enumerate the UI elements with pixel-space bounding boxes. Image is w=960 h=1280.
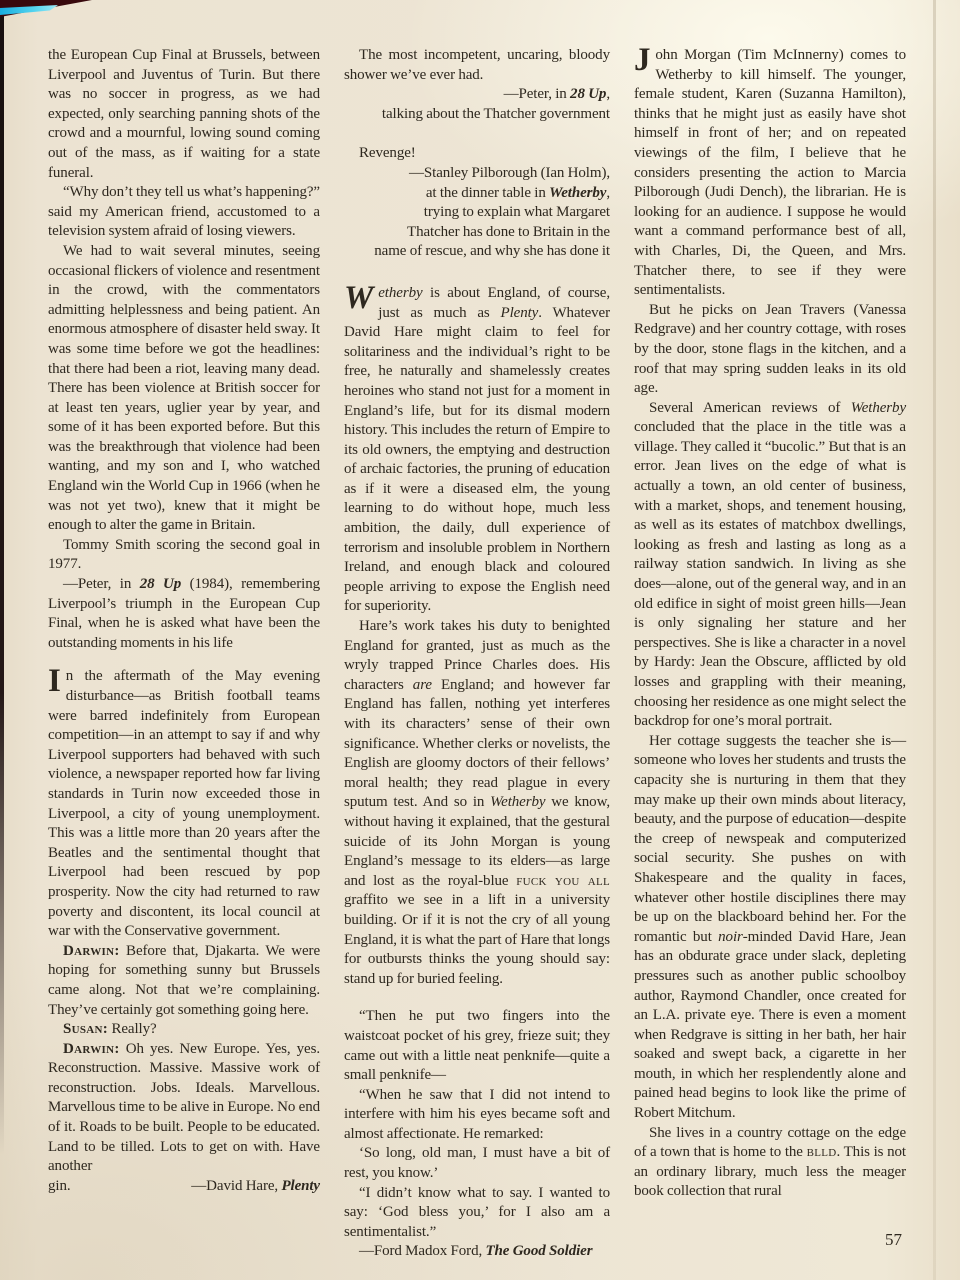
text-run: etherby (378, 285, 422, 301)
paragraph: Several American reviews of Wetherby con… (634, 399, 906, 732)
drop-cap: J (634, 46, 655, 73)
paragraph: Her cottage suggests the teacher she is—… (634, 732, 906, 1124)
text-run: -minded David Hare, Jean has an obdurate… (634, 929, 906, 1121)
paragraph: the European Cup Final at Brussels, betw… (48, 46, 320, 183)
text-run: n the aftermath of the May evening distu… (48, 668, 320, 939)
paragraph: “Then he put two fingers into the waistc… (344, 1007, 610, 1085)
magazine-page: the European Cup Final at Brussels, betw… (0, 0, 960, 1280)
text-run: Oh yes. New Europe. Yes, yes. Reconstruc… (48, 1041, 320, 1175)
text-run: talking about the Thatcher government (382, 106, 610, 122)
attribution-block: —Peter, in 28 Up,talking about the Thatc… (344, 85, 610, 124)
paragraph: “Why don’t they tell us what’s happening… (48, 183, 320, 242)
drop-cap: I (48, 667, 66, 694)
text-run: name of rescue, and why she has done it (374, 243, 610, 259)
text-run: The Good Soldier (485, 1243, 592, 1259)
text-run: We had to wait several minutes, seeing o… (48, 243, 320, 533)
text-run: fuck you all (516, 873, 610, 889)
attribution-right: —David Hare, Plenty (191, 1177, 320, 1197)
attribution-line: —Stanley Pilborough (Ian Holm), (344, 164, 610, 184)
text-run: Susan: (63, 1021, 108, 1037)
column-gap (344, 989, 610, 1007)
attribution-line: at the dinner table in Wetherby, (344, 184, 610, 204)
text-run: blld (807, 1144, 837, 1160)
text-run: Darwin: (63, 1041, 120, 1057)
page-crease (933, 0, 936, 1280)
column-2: The most incompetent, uncaring, bloody s… (344, 46, 610, 1262)
text-run: —Peter, in (504, 86, 570, 102)
page-edge-shadow (0, 0, 4, 1155)
text-run: Thatcher has done to Britain in the (407, 224, 610, 240)
attribution-line: talking about the Thatcher government (344, 105, 610, 125)
column-gap (344, 262, 610, 284)
attribution-line: trying to explain what Margaret (344, 203, 610, 223)
column-3: John Morgan (Tim McInnerny) comes to Wet… (634, 46, 906, 1262)
text-run: “Why don’t they tell us what’s happening… (48, 184, 320, 239)
text-run: Her cottage suggests the teacher she is—… (634, 733, 906, 945)
paragraph: Darwin: Oh yes. New Europe. Yes, yes. Re… (48, 1040, 320, 1177)
text-run: , (606, 86, 610, 102)
column-1: the European Cup Final at Brussels, betw… (48, 46, 320, 1262)
text-run: Wetherby (549, 185, 606, 201)
text-run: 28 Up (140, 576, 181, 592)
page-number: 57 (885, 1230, 902, 1250)
paragraph: “I didn’t know what to say. I wanted to … (344, 1184, 610, 1243)
attribution-block: —Stanley Pilborough (Ian Holm),at the di… (344, 164, 610, 262)
text-run: are (413, 677, 432, 693)
text-run: concluded that the place in the title wa… (634, 419, 906, 729)
text-run: graffito we see in a lift in a universit… (344, 892, 610, 986)
column-gap (344, 124, 610, 144)
paragraph: “When he saw that I did not intend to in… (344, 1086, 610, 1145)
text-run: Really? (108, 1021, 156, 1037)
attribution-line: —Peter, in 28 Up, (344, 85, 610, 105)
text-run: Plenty (281, 1178, 320, 1194)
paragraph: John Morgan (Tim McInnerny) comes to Wet… (634, 46, 906, 301)
paragraph: —Ford Madox Ford, The Good Soldier (344, 1242, 610, 1262)
text-run: gin. (48, 1178, 71, 1194)
text-run: Plenty (501, 305, 539, 321)
attribution-line: name of rescue, and why she has done it (344, 242, 610, 262)
attribution-line: Thatcher has done to Britain in the (344, 223, 610, 243)
text-run: the European Cup Final at Brussels, betw… (48, 47, 320, 181)
paragraph: Hare’s work takes his duty to benighted … (344, 617, 610, 989)
paragraph: Revenge! (344, 144, 610, 164)
text-run: —Peter, in (63, 576, 140, 592)
split-line: gin.—David Hare, Plenty (48, 1177, 320, 1197)
text-run: , (606, 185, 610, 201)
article-body: the European Cup Final at Brussels, betw… (48, 46, 906, 1262)
paragraph: We had to wait several minutes, seeing o… (48, 242, 320, 536)
text-run: Darwin: (63, 943, 120, 959)
text-run: at the dinner table in (426, 185, 549, 201)
text-run: Tommy Smith scoring the second goal in 1… (48, 537, 320, 573)
paragraph: Darwin: Before that, Djakarta. We were h… (48, 942, 320, 1020)
drop-cap: W (344, 284, 378, 311)
text-run: “I didn’t know what to say. I wanted to … (344, 1185, 610, 1240)
text-run: But he picks on Jean Travers (Vanessa Re… (634, 302, 906, 396)
text-run: Revenge! (359, 145, 416, 161)
text-run: “Then he put two fingers into the waistc… (344, 1008, 610, 1083)
paragraph: Susan: Really? (48, 1020, 320, 1040)
text-run: England; and however far England has fal… (344, 677, 610, 811)
text-run: Wetherby (490, 794, 545, 810)
paragraph: In the aftermath of the May evening dist… (48, 667, 320, 941)
text-run: trying to explain what Margaret (424, 204, 610, 220)
text-run: —David Hare, (191, 1178, 281, 1194)
text-run: ‘So long, old man, I must have a bit of … (344, 1145, 610, 1181)
text-run: 28 Up (570, 86, 606, 102)
text-run: noir (718, 929, 743, 945)
text-run: Several American reviews of (649, 400, 851, 416)
dialog-end: gin. (48, 1177, 71, 1197)
text-run: . Whatever David Hare might claim to fee… (344, 305, 610, 615)
paragraph: —Peter, in 28 Up (1984), remembering Liv… (48, 575, 320, 653)
paragraph: The most incompetent, uncaring, bloody s… (344, 46, 610, 85)
paragraph: ‘So long, old man, I must have a bit of … (344, 1144, 610, 1183)
text-run: Wetherby (851, 400, 906, 416)
paragraph: Wetherby is about England, of course, ju… (344, 284, 610, 617)
text-run: ohn Morgan (Tim McInnerny) comes to Weth… (634, 47, 906, 298)
paragraph: She lives in a country cottage on the ed… (634, 1124, 906, 1202)
paragraph: But he picks on Jean Travers (Vanessa Re… (634, 301, 906, 399)
text-run: “When he saw that I did not intend to in… (344, 1087, 610, 1142)
text-run: —Ford Madox Ford, (359, 1243, 485, 1259)
paragraph: Tommy Smith scoring the second goal in 1… (48, 536, 320, 575)
text-run: The most incompetent, uncaring, bloody s… (344, 47, 610, 83)
text-run: —Stanley Pilborough (Ian Holm), (409, 165, 610, 181)
column-gap (48, 653, 320, 667)
